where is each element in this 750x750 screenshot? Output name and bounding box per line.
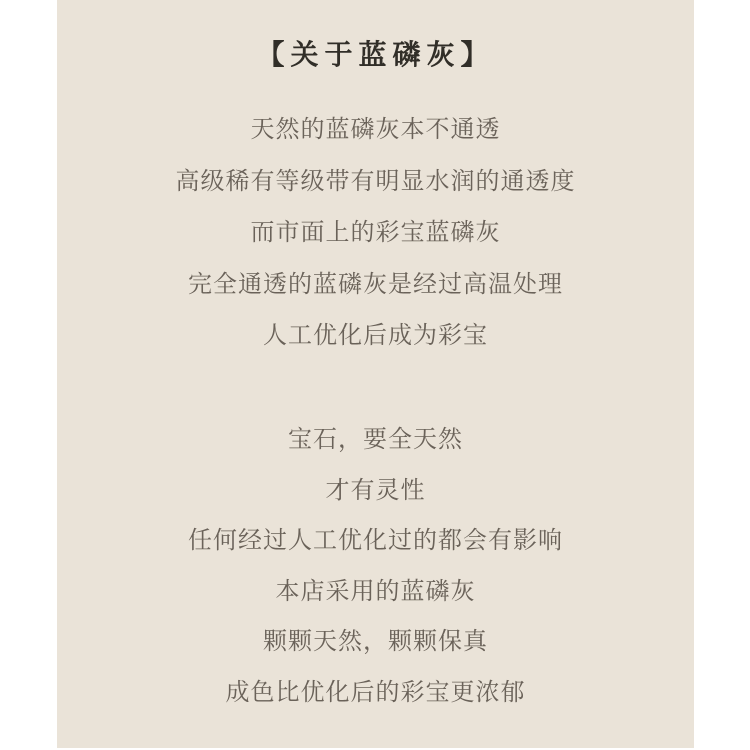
text-block-about: 天然的蓝磷灰本不通透 高级稀有等级带有明显水润的通透度 而市面上的彩宝蓝磷灰 完… [57, 104, 694, 362]
body-line: 完全通透的蓝磷灰是经过高温处理 [57, 259, 694, 311]
body-line: 天然的蓝磷灰本不通透 [57, 104, 694, 156]
body-line: 宝石，要全天然 [57, 415, 694, 466]
body-line: 高级稀有等级带有明显水润的通透度 [57, 156, 694, 208]
body-line: 成色比优化后的彩宝更浓郁 [57, 668, 694, 719]
page: 【关于蓝磷灰】 天然的蓝磷灰本不通透 高级稀有等级带有明显水润的通透度 而市面上… [0, 0, 750, 750]
text-block-promise: 宝石，要全天然 才有灵性 任何经过人工优化过的都会有影响 本店采用的蓝磷灰 颗颗… [57, 415, 694, 718]
body-line: 本店采用的蓝磷灰 [57, 567, 694, 618]
content-panel: 【关于蓝磷灰】 天然的蓝磷灰本不通透 高级稀有等级带有明显水润的通透度 而市面上… [57, 0, 694, 748]
body-line: 人工优化后成为彩宝 [57, 310, 694, 362]
body-line: 任何经过人工优化过的都会有影响 [57, 516, 694, 567]
body-line: 颗颗天然，颗颗保真 [57, 617, 694, 668]
page-title: 【关于蓝磷灰】 [57, 42, 694, 70]
body-line: 而市面上的彩宝蓝磷灰 [57, 207, 694, 259]
body-line: 才有灵性 [57, 466, 694, 517]
